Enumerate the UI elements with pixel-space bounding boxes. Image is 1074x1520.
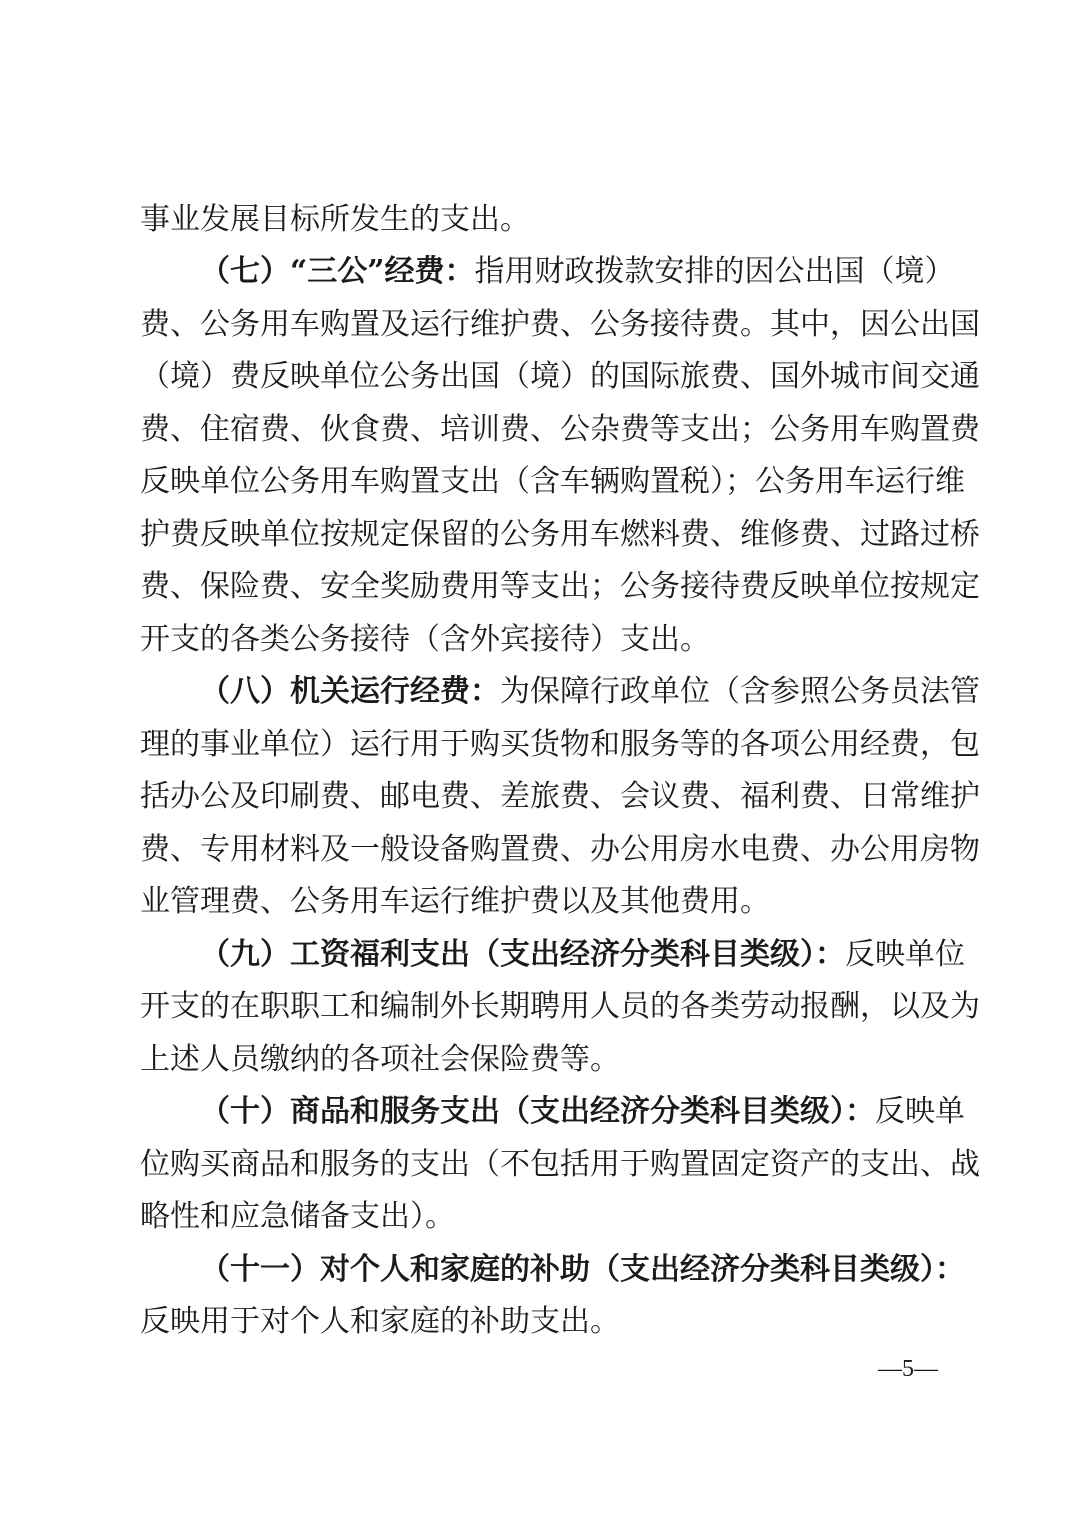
section-7-heading: （七）“三公”经费： bbox=[200, 254, 475, 289]
text-line: 略性和应急储备支出）。 bbox=[140, 1197, 936, 1237]
text-span: 为保障行政单位（含参照公务员法管 bbox=[500, 674, 980, 709]
text-line: 位购买商品和服务的支出（不包括用于购置固定资产的支出、战 bbox=[140, 1145, 936, 1185]
section-10-first-line: （十）商品和服务支出（支出经济分类科目类级）：反映单 bbox=[200, 1092, 936, 1132]
text-line: 费、公务用车购置及运行维护费、公务接待费。其中，因公出国 bbox=[140, 305, 936, 345]
text-line: 括办公及印刷费、邮电费、差旅费、会议费、福利费、日常维护 bbox=[140, 777, 936, 817]
section-9-heading: （九）工资福利支出（支出经济分类科目类级）： bbox=[200, 937, 845, 972]
section-10-heading: （十）商品和服务支出（支出经济分类科目类级）： bbox=[200, 1094, 875, 1129]
text-line: 费、住宿费、伙食费、培训费、公杂费等支出；公务用车购置费 bbox=[140, 410, 936, 450]
section-11-first-line: （十一）对个人和家庭的补助（支出经济分类科目类级）： bbox=[200, 1250, 936, 1290]
section-9-first-line: （九）工资福利支出（支出经济分类科目类级）：反映单位 bbox=[200, 935, 936, 975]
text-line: 费、专用材料及一般设备购置费、办公用房水电费、办公用房物 bbox=[140, 830, 936, 870]
text-line: 业管理费、公务用车运行维护费以及其他费用。 bbox=[140, 882, 936, 922]
text-line: 开支的各类公务接待（含外宾接待）支出。 bbox=[140, 620, 936, 660]
section-7-first-line: （七）“三公”经费：指用财政拨款安排的因公出国（境） bbox=[200, 252, 936, 292]
page-number: —5— bbox=[868, 1354, 938, 1384]
section-8-heading: （八）机关运行经费： bbox=[200, 674, 500, 709]
text-span: 指用财政拨款安排的因公出国（境） bbox=[475, 254, 955, 289]
text-line: 反映用于对个人和家庭的补助支出。 bbox=[140, 1302, 936, 1342]
text-line: 上述人员缴纳的各项社会保险费等。 bbox=[140, 1040, 936, 1080]
text-line: （境）费反映单位公务出国（境）的国际旅费、国外城市间交通 bbox=[140, 357, 936, 397]
text-line: 开支的在职职工和编制外长期聘用人员的各类劳动报酬，以及为 bbox=[140, 987, 936, 1027]
text-line: 护费反映单位按规定保留的公务用车燃料费、维修费、过路过桥 bbox=[140, 515, 936, 555]
section-8-first-line: （八）机关运行经费：为保障行政单位（含参照公务员法管 bbox=[200, 672, 936, 712]
document-page: 事业发展目标所发生的支出。 （七）“三公”经费：指用财政拨款安排的因公出国（境）… bbox=[0, 0, 1074, 1520]
text-span: 反映单 bbox=[875, 1094, 965, 1129]
section-11-heading: （十一）对个人和家庭的补助（支出经济分类科目类级）： bbox=[200, 1252, 965, 1287]
text-line: 反映单位公务用车购置支出（含车辆购置税）；公务用车运行维 bbox=[140, 462, 936, 502]
text-line: 理的事业单位）运行用于购买货物和服务等的各项公用经费，包 bbox=[140, 725, 936, 765]
text-span: 反映单位 bbox=[845, 937, 965, 972]
text-line: 事业发展目标所发生的支出。 bbox=[140, 200, 936, 240]
text-line: 费、保险费、安全奖励费用等支出；公务接待费反映单位按规定 bbox=[140, 567, 936, 607]
